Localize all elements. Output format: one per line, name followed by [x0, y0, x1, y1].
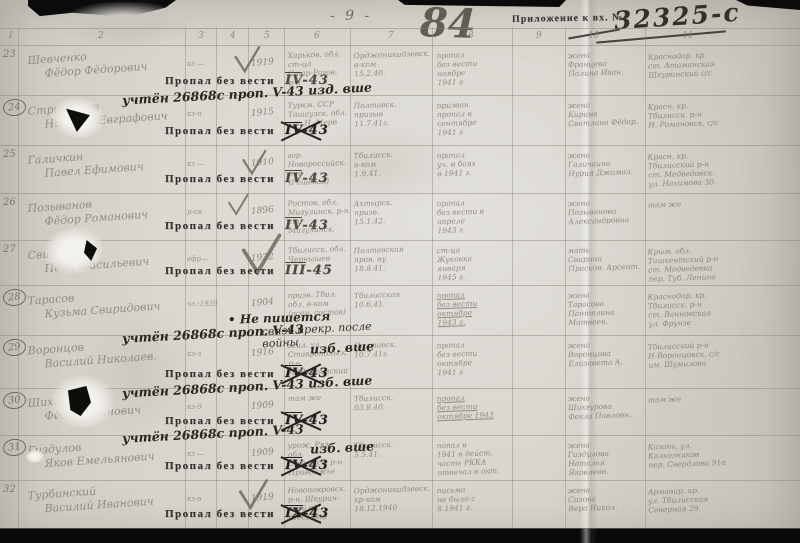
- strikethrough-cross: [279, 503, 323, 525]
- stamp-date: IV-43: [285, 123, 329, 138]
- stamp-text: Пропал без вести: [165, 508, 275, 520]
- page-number: - 9 -: [330, 8, 372, 24]
- cell-line: Александровна: [568, 215, 642, 227]
- cell-line: 18.12.1940: [354, 502, 430, 514]
- grid-hline: [0, 28, 800, 29]
- column-header: 2: [98, 31, 104, 41]
- cell-line: там же: [648, 195, 796, 209]
- cell-fate: пропалбез вестиоктябре1943 г.: [436, 289, 509, 327]
- roman-month: IV: [285, 170, 302, 186]
- soldier-name: ТурбинскийВасилий Иванович: [27, 481, 154, 517]
- cell-address: Армавир. кр.ул. ТбилисскаяСеверная 29.: [648, 482, 797, 514]
- cell-line: Полина Иван.: [568, 67, 642, 79]
- birth-year: 1909: [251, 400, 275, 412]
- cell-line: в 1941 г.: [437, 167, 509, 179]
- cell-address: Красн. кр.Тбилисск. р-нН. Романовск. с/с: [648, 97, 797, 129]
- birth-year: 1915: [251, 107, 275, 119]
- cell-line: 15.2.40.: [354, 67, 430, 79]
- cell-address: Тбилисский р-нН-Воронцовск. с/сим. Шумил…: [648, 337, 797, 369]
- cell-line: Прасков. Арсент.: [568, 262, 642, 274]
- cell-place-born: там же: [288, 392, 350, 403]
- rank-mark: кз-з: [187, 350, 201, 358]
- cell-relative: женаПозывановаАлександровна: [568, 197, 643, 227]
- column-header: 5: [264, 31, 270, 41]
- cell-relative: женаВоронцоваЕлизавета А.: [568, 339, 643, 369]
- cell-fate: пропалуч. в бояхв 1941 г.: [437, 149, 510, 178]
- cell-line: 15.1.42.: [354, 215, 430, 227]
- column-header: 11: [682, 31, 693, 41]
- stamp-date: IV-43: [285, 458, 329, 473]
- stamp-text: Пропал без вести: [165, 265, 275, 277]
- column-header: 4: [230, 31, 236, 41]
- cell-line: 8.1941 г.: [437, 502, 509, 514]
- row-number: 24: [2, 98, 26, 117]
- cell-relative: женаГаличкинаНурия Джамал.: [568, 149, 643, 179]
- cell-line: 03.8.40.: [354, 401, 430, 413]
- cell-drafted: Орджоникидзевск.кр-ком18.12.1940: [354, 484, 431, 514]
- cell-address: там же: [648, 390, 796, 404]
- cell-line: 1943 г.: [437, 316, 509, 328]
- stamp-date: IX-43: [285, 506, 329, 521]
- cell-line: отвечал в окт.: [437, 466, 509, 478]
- rank-mark: кз-п: [187, 110, 202, 118]
- stamp-missing-in-action: Пропал без вестиIII-45: [165, 263, 333, 278]
- cell-fate: письмане было с8.1941 г.: [437, 484, 510, 513]
- table-row: 25ГаличкинПавел Ефимовичкз —1910гор.Ново…: [0, 145, 800, 193]
- row-number: 30: [2, 391, 26, 410]
- stamp-date: IV-43: [285, 171, 329, 186]
- stamp-missing-in-action: Пропал без вестиIV-43: [165, 171, 329, 186]
- roman-month: III: [285, 262, 306, 278]
- row-number: 27: [3, 244, 16, 255]
- stamp-date: IV-43: [285, 218, 329, 233]
- cell-line: там же: [288, 392, 350, 403]
- row-number: 28: [2, 288, 26, 307]
- strikethrough-cross: [279, 120, 323, 142]
- cell-relative: женаТарасоваПантелина Матвеев.: [567, 289, 642, 328]
- torn-edge-bottom: [0, 528, 800, 543]
- cell-address: Краснодар. кр.ст. АтаманскаяШкуринский с…: [648, 47, 797, 79]
- checkmark-icon: [226, 193, 250, 221]
- cell-address: Крым. обл.Ташкентский р-нст. Медведевкап…: [647, 242, 796, 283]
- cell-drafted: Тбилисск.в-ком1.9.41.: [354, 149, 431, 179]
- row-number: 26: [3, 197, 16, 208]
- cell-line: Елизавета А.: [568, 357, 642, 369]
- row-number: 25: [3, 149, 16, 160]
- table-row: 30ШихгуровФёдор Ивановичкз-91909там жеТб…: [0, 388, 800, 435]
- grid-hline: [0, 528, 800, 529]
- torn-edge-top-right: [736, 0, 800, 10]
- rank-mark: кз —: [187, 160, 204, 168]
- cell-fate: пропалбез вести вапреле1943 г.: [436, 197, 509, 235]
- soldier-name: ТарасовКузьма Свиридович: [27, 285, 161, 321]
- row-number: 23: [3, 49, 16, 60]
- stamp-missing-in-action: Пропал без вестиIX-43: [165, 506, 329, 521]
- cell-fate: пропалбез вестиноябре1941 г.: [436, 49, 509, 87]
- rank-mark: кз —: [187, 60, 204, 68]
- table-row: 32ТурбинскийВасилий Ивановичкз-в1919Ново…: [0, 480, 800, 528]
- attachment-stamp-label: Приложение к вх. №: [512, 12, 623, 25]
- table-row: 27СвиринПётр Васильевичефр—1922Тбилисск.…: [0, 240, 800, 285]
- cell-relative: матьСвиринаПрасков. Арсент.: [568, 244, 643, 274]
- cell-address: Краснодар. кр.Тбилисск. р-нст. Ванновска…: [647, 287, 796, 328]
- cell-relative: женаСизоваВера Никол.: [568, 484, 643, 514]
- rank-mark: ефр—: [187, 255, 208, 263]
- roman-month: IV: [285, 217, 302, 233]
- stamp-text: Пропал без вести: [165, 125, 275, 137]
- birth-year: 1916: [251, 347, 275, 359]
- column-header: 3: [198, 31, 204, 41]
- column-header: 9: [536, 31, 542, 41]
- cell-drafted: Ахтырск.призв.15.1.42.: [354, 197, 431, 227]
- cell-line: Нурия Джамал.: [568, 167, 642, 179]
- cell-line: 1941 г.: [437, 126, 509, 138]
- cell-line: 1941 г.: [437, 76, 509, 88]
- cell-line: 1945 г.: [437, 271, 509, 283]
- soldier-name: ПозывановФёдор Романович: [27, 194, 148, 229]
- table-row: 24СтрижаковНиколай Евграфовичкз-п1915Тур…: [0, 95, 800, 145]
- stamp-text: Пропал без вести: [165, 460, 275, 472]
- cell-address: Красн. кр.Тбилисский р-нст. Медведовск.у…: [647, 147, 796, 188]
- paper-patch: [62, 2, 187, 46]
- cell-line: Фекла Павловн.: [568, 410, 642, 422]
- row-number: 32: [3, 484, 16, 495]
- cell-drafted: Полтавскаяправ. ву18.8.41.: [354, 244, 431, 274]
- soldier-name: ГаличкинПавел Ефимович: [27, 146, 144, 181]
- cell-line: 10.6.41.: [354, 298, 430, 310]
- row-number: 29: [2, 338, 26, 357]
- cell-line: 1.9.41.: [354, 167, 430, 179]
- birth-year: 1904: [251, 297, 275, 309]
- rank-mark: р-св: [187, 208, 202, 216]
- rank-mark: чз.-1939: [187, 300, 218, 308]
- table-row: 28ТарасовКузьма Свиридовиччз.-19391904пр…: [0, 285, 800, 335]
- cell-line: Наталья Яковлевн.: [568, 457, 643, 478]
- cell-address: там же: [648, 195, 796, 209]
- column-header: 7: [388, 31, 394, 41]
- column-header: 6: [314, 31, 320, 41]
- cell-line: октябре 1943: [437, 410, 509, 422]
- cell-relative: женаГиздуловаНаталья Яковлевн.: [567, 439, 642, 478]
- column-header: 8: [468, 31, 474, 41]
- row-number: 31: [2, 438, 26, 457]
- cell-relative: женаШихгуроваФекла Павловн.: [568, 392, 643, 422]
- cell-line: Вера Никол.: [568, 502, 642, 514]
- cell-line: 1941 г.: [437, 366, 509, 378]
- scanned-document-page: - 9 - 84 Приложение к вх. № 32325-с 1234…: [0, 0, 800, 543]
- rank-mark: кз-9: [187, 403, 202, 411]
- cell-line: 18.8.41.: [354, 262, 430, 274]
- rank-mark: кз-в: [187, 495, 201, 503]
- cell-fate: пропалбез вестиоктябре1941 г.: [436, 339, 509, 377]
- cell-line: Светлана Фёдор.: [568, 117, 642, 129]
- cell-line: Пантелина Матвеев.: [568, 307, 643, 328]
- stamp-date: III-45: [285, 263, 333, 278]
- cell-fate: попал в1941 в дейст.часть РККАотвечал в …: [436, 439, 509, 477]
- cell-line: 1943 г.: [437, 224, 509, 236]
- stamp-missing-in-action: Пропал без вестиIV-43: [165, 218, 329, 233]
- stamp-missing-in-action: Пропал без вестиIV-43: [165, 123, 329, 138]
- table-row: 26ПозывановФёдор Романовичр-св1896Ростов…: [0, 193, 800, 240]
- cell-fate: призванпропал всентябре1941 г.: [436, 99, 509, 137]
- stamp-text: Пропал без вести: [165, 220, 275, 232]
- cell-relative: женаКиринаСветлана Фёдор.: [568, 99, 643, 129]
- cell-relative: женаФранцеваПолина Иван.: [568, 49, 643, 79]
- rank-mark: кз —: [187, 450, 204, 458]
- cell-fate: ст-цаЖуковкаянваря1945 г.: [436, 244, 509, 282]
- cell-line: там же: [648, 390, 796, 404]
- stamp-missing-in-action: Пропал без вестиIV-43: [165, 458, 329, 473]
- birth-year: 1896: [251, 205, 275, 217]
- table-row: 29ВоронцовВасилий Николаев.кз-з1916жил. …: [0, 335, 800, 388]
- strikethrough-cross: [279, 455, 323, 477]
- stamp-text: Пропал без вести: [165, 173, 275, 185]
- cell-drafted: Полтавск.призыв11.7.41г.: [354, 99, 431, 129]
- soldier-name: ШевченкоФёдор Фёдорович: [27, 46, 148, 81]
- cell-drafted: Тбилисская10.6.41.: [354, 289, 431, 310]
- cell-drafted: Орджоникидзевск.в-ком15.2.40.: [354, 49, 431, 79]
- cell-address: Казань, ул.Колхозниковпер. Свердлова 91а: [648, 437, 797, 469]
- table-row: 31ГиздуловЯков Емельяновичкз —1909урож. …: [0, 435, 800, 480]
- cell-line: 11.7.41г.: [354, 117, 430, 129]
- table-row: 23ШевченкоФёдор Фёдоровичкз —1919Харьков…: [0, 45, 800, 95]
- cell-drafted: Тбилисск.03.8.40.: [354, 392, 431, 413]
- column-header: 10: [588, 31, 599, 41]
- column-header: 1: [8, 31, 14, 41]
- cell-fate: пропалбез вестиоктябре 1943: [437, 392, 510, 421]
